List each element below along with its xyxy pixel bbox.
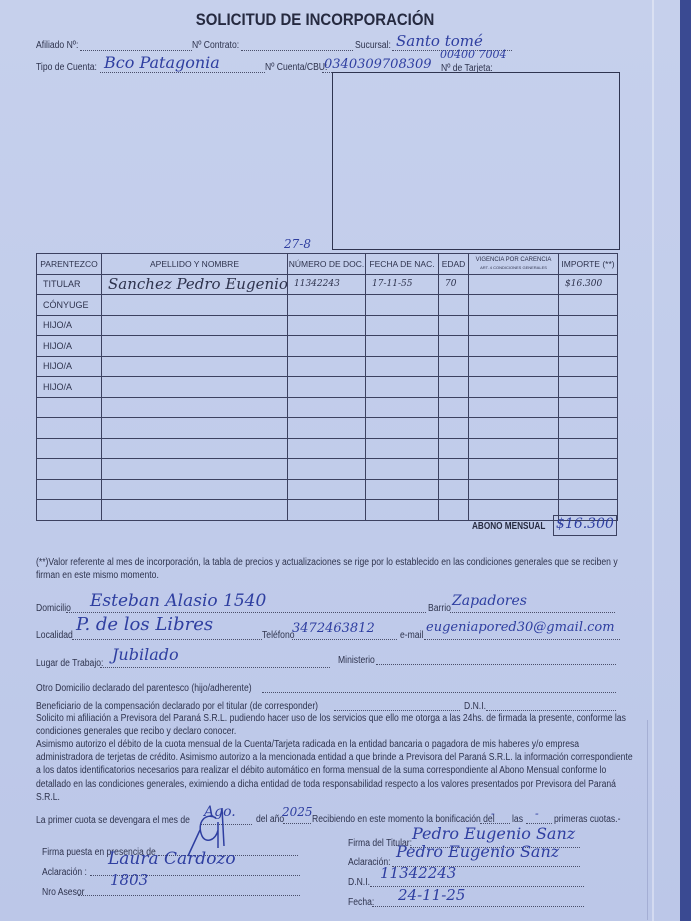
cell-doc[interactable] — [288, 295, 366, 316]
cell-vigencia[interactable] — [469, 459, 559, 480]
column-header: IMPORTE (**) — [559, 254, 618, 275]
cell-parentezco[interactable] — [37, 418, 102, 439]
cell-importe[interactable] — [559, 418, 618, 439]
dni-label: D.N.I. — [348, 877, 370, 888]
cell-parentezco[interactable]: HIJO/A — [37, 336, 102, 357]
cell-edad[interactable] — [439, 459, 469, 480]
cell-nombre[interactable] — [102, 397, 288, 418]
aclaracion-left-label: Aclaración : — [42, 867, 87, 878]
cell-nombre[interactable] — [102, 500, 288, 521]
afiliado-field[interactable] — [80, 50, 192, 51]
cbu-value-continued: 00400 7004 — [440, 49, 506, 60]
table-row: TITULARSanchez Pedro Eugenio1134224317-1… — [37, 274, 618, 295]
cell-fecha[interactable]: 17-11-55 — [366, 274, 439, 295]
vigencia-subtitle: ART. 4 CONDICIONES GENERALES — [469, 264, 558, 271]
otro-domicilio-field[interactable] — [262, 692, 616, 693]
aclaracion-right-value: Pedro Eugenio Sanz — [396, 844, 559, 860]
cell-importe[interactable] — [559, 397, 618, 418]
table-row — [37, 438, 618, 459]
contrato-field[interactable] — [241, 50, 353, 51]
column-header: PARENTEZCO — [37, 254, 102, 275]
asesor-label: Nro Asesor — [42, 887, 85, 898]
cell-parentezco[interactable] — [37, 459, 102, 480]
cell-nombre[interactable] — [102, 438, 288, 459]
sucursal-label: Sucursal: — [355, 40, 391, 51]
table-row: HIJO/A — [37, 377, 618, 398]
email-field[interactable] — [424, 639, 620, 640]
cell-importe[interactable] — [559, 315, 618, 336]
cell-vigencia[interactable] — [469, 438, 559, 459]
otro-domicilio-label: Otro Domicilio declarado del parentesco … — [36, 683, 252, 694]
localidad-value: P. de los Libres — [76, 616, 213, 634]
asesor-field[interactable] — [78, 895, 300, 896]
contrato-label: Nº Contrato: — [192, 40, 239, 51]
cell-edad[interactable] — [439, 479, 469, 500]
cell-vigencia[interactable] — [469, 295, 559, 316]
cell-vigencia[interactable] — [469, 418, 559, 439]
table-row — [37, 459, 618, 480]
paper-fold — [647, 720, 648, 920]
cell-parentezco[interactable]: HIJO/A — [37, 315, 102, 336]
beneficiario-field[interactable] — [334, 710, 460, 711]
cuota-anio-field[interactable] — [283, 823, 311, 824]
cell-parentezco[interactable]: CÓNYUGE — [37, 295, 102, 316]
family-table: PARENTEZCO APELLIDO Y NOMBRE NÚMERO DE D… — [36, 253, 618, 521]
cell-fecha[interactable] — [366, 315, 439, 336]
cell-edad[interactable] — [439, 295, 469, 316]
cell-nombre[interactable] — [102, 356, 288, 377]
cell-fecha[interactable] — [366, 418, 439, 439]
cell-vigencia[interactable] — [469, 377, 559, 398]
cell-fecha[interactable] — [366, 356, 439, 377]
cell-doc[interactable] — [288, 377, 366, 398]
bonificacion-value: - — [491, 808, 495, 819]
table-annotation: 27-8 — [284, 238, 311, 250]
cell-fecha[interactable] — [366, 336, 439, 357]
barrio-label: Barrio — [428, 603, 451, 614]
column-header: EDAD — [439, 254, 469, 275]
domicilio-field[interactable] — [66, 612, 426, 613]
cell-vigencia[interactable] — [469, 274, 559, 295]
column-header: FECHA DE NAC. — [366, 254, 439, 275]
cell-fecha[interactable] — [366, 438, 439, 459]
beneficiario-dni-field[interactable] — [486, 710, 616, 711]
aclaracion-left-value: Laura Cardozo — [108, 851, 236, 868]
cell-nombre[interactable] — [102, 295, 288, 316]
afiliado-label: Afiliado Nº: — [36, 40, 78, 51]
localidad-field[interactable] — [72, 639, 262, 640]
cbu-value: 0340309708309 — [324, 58, 432, 71]
paper-fold — [652, 0, 654, 921]
cell-edad[interactable] — [439, 438, 469, 459]
barrio-field[interactable] — [450, 612, 615, 613]
cell-doc[interactable] — [288, 500, 366, 521]
cell-parentezco[interactable]: TITULAR — [37, 274, 102, 295]
cell-doc[interactable] — [288, 438, 366, 459]
cell-nombre[interactable] — [102, 418, 288, 439]
cell-parentezco[interactable]: HIJO/A — [37, 377, 102, 398]
cell-doc[interactable] — [288, 336, 366, 357]
cell-doc[interactable] — [288, 479, 366, 500]
cuota-anio-label: del año — [256, 814, 284, 825]
legal-paragraph-2: Asimismo autorizo el débito de la cuota … — [36, 738, 638, 804]
cell-nombre[interactable] — [102, 377, 288, 398]
cell-doc[interactable] — [288, 418, 366, 439]
cell-edad[interactable] — [439, 500, 469, 521]
table-row: HIJO/A — [37, 315, 618, 336]
fecha-label: Fecha: — [348, 897, 374, 908]
cell-importe[interactable] — [559, 336, 618, 357]
form-title: SOLICITUD DE INCORPORACIÓN — [38, 10, 592, 30]
cell-importe[interactable] — [559, 377, 618, 398]
cell-edad[interactable] — [439, 356, 469, 377]
fecha-field[interactable] — [372, 906, 584, 907]
cell-edad[interactable] — [439, 377, 469, 398]
cell-edad[interactable]: 70 — [439, 274, 469, 295]
price-note: (**)Valor referente al mes de incorporac… — [36, 556, 638, 582]
table-row — [37, 500, 618, 521]
email-value: eugeniapored30@gmail.com — [426, 621, 615, 634]
background-edge — [680, 0, 691, 921]
cell-importe[interactable] — [559, 356, 618, 377]
legal-paragraph-1: Solicito mi afiliación a Previsora del P… — [36, 712, 638, 738]
tipo-cuenta-value: Bco Patagonia — [104, 55, 220, 71]
cell-vigencia[interactable] — [469, 336, 559, 357]
beneficiario-label: Beneficiario de la compensación declarad… — [36, 701, 318, 712]
table-row: HIJO/A — [37, 356, 618, 377]
column-header-vigencia: VIGENCIA POR CARENCIAART. 4 CONDICIONES … — [469, 254, 559, 275]
cell-importe[interactable] — [559, 479, 618, 500]
vigencia-title: VIGENCIA POR CARENCIA — [469, 257, 558, 264]
cell-parentezco[interactable] — [37, 397, 102, 418]
localidad-label: Localidad — [36, 630, 73, 641]
trabajo-value: Jubilado — [112, 647, 179, 663]
table-row — [37, 397, 618, 418]
ministerio-label: Ministerio — [338, 655, 375, 666]
cell-fecha[interactable] — [366, 295, 439, 316]
sucursal-value: Santo tomé — [396, 34, 483, 49]
cell-fecha[interactable] — [366, 377, 439, 398]
cell-edad[interactable] — [439, 418, 469, 439]
telefono-field[interactable] — [292, 639, 397, 640]
cell-vigencia[interactable] — [469, 479, 559, 500]
cell-vigencia[interactable] — [469, 356, 559, 377]
cell-importe[interactable] — [559, 459, 618, 480]
cell-doc[interactable] — [288, 397, 366, 418]
trabajo-label: Lugar de Trabajo: — [36, 658, 103, 669]
cell-nombre[interactable] — [102, 336, 288, 357]
cell-parentezco[interactable] — [37, 438, 102, 459]
domicilio-value: Esteban Alasio 1540 — [90, 593, 266, 610]
dni-value: 11342243 — [380, 866, 456, 881]
cell-doc[interactable] — [288, 356, 366, 377]
beneficiario-dni-label: D.N.I. — [464, 701, 486, 712]
cell-nombre[interactable] — [102, 479, 288, 500]
cell-nombre[interactable]: Sanchez Pedro Eugenio — [102, 274, 288, 295]
tarjeta-box[interactable] — [332, 72, 620, 250]
cell-doc[interactable] — [288, 459, 366, 480]
abono-mensual-value: $16.300 — [556, 517, 614, 531]
cell-parentezco[interactable] — [37, 500, 102, 521]
cell-importe[interactable] — [559, 295, 618, 316]
fecha-value: 24-11-25 — [398, 888, 465, 903]
table-row: HIJO/A — [37, 336, 618, 357]
cell-doc[interactable] — [288, 315, 366, 336]
cell-nombre[interactable] — [102, 459, 288, 480]
tipo-cuenta-label: Tipo de Cuenta: — [36, 62, 97, 73]
cell-vigencia[interactable] — [469, 500, 559, 521]
abono-mensual-label: ABONO MENSUAL — [472, 521, 545, 532]
table-row — [37, 479, 618, 500]
email-label: e-mail — [400, 630, 423, 641]
ministerio-field[interactable] — [376, 664, 616, 665]
cuota-anio-value: 2025 — [282, 806, 313, 818]
table-header-row: PARENTEZCO APELLIDO Y NOMBRE NÚMERO DE D… — [37, 254, 618, 275]
barrio-value: Zapadores — [452, 594, 527, 608]
cell-fecha[interactable] — [366, 459, 439, 480]
column-header: NÚMERO DE DOC. — [288, 254, 366, 275]
cbu-label: Nº Cuenta/CBU: — [265, 62, 327, 73]
firma-titular-value: Pedro Eugenio Sanz — [412, 826, 575, 842]
telefono-value: 3472463812 — [292, 622, 375, 635]
cell-parentezco[interactable]: HIJO/A — [37, 356, 102, 377]
cell-nombre[interactable] — [102, 315, 288, 336]
cell-doc[interactable]: 11342243 — [288, 274, 366, 295]
trabajo-field[interactable] — [100, 667, 330, 668]
cell-parentezco[interactable] — [37, 479, 102, 500]
cell-importe[interactable]: $16.300 — [559, 274, 618, 295]
table-row: CÓNYUGE — [37, 295, 618, 316]
cell-fecha[interactable] — [366, 397, 439, 418]
column-header: APELLIDO Y NOMBRE — [102, 254, 288, 275]
cuota-prefix: La primer cuota se devengara el mes de — [36, 815, 190, 826]
cell-fecha[interactable] — [366, 500, 439, 521]
tipo-cuenta-field[interactable] — [100, 72, 265, 73]
cell-vigencia[interactable] — [469, 397, 559, 418]
cell-importe[interactable] — [559, 438, 618, 459]
cell-fecha[interactable] — [366, 479, 439, 500]
asesor-value: 1803 — [110, 873, 148, 888]
table-row — [37, 418, 618, 439]
telefono-label: Teléfono — [262, 630, 295, 641]
cell-vigencia[interactable] — [469, 315, 559, 336]
cell-edad[interactable] — [439, 336, 469, 357]
cell-edad[interactable] — [439, 397, 469, 418]
cell-edad[interactable] — [439, 315, 469, 336]
cuotas-value: - — [535, 808, 539, 819]
